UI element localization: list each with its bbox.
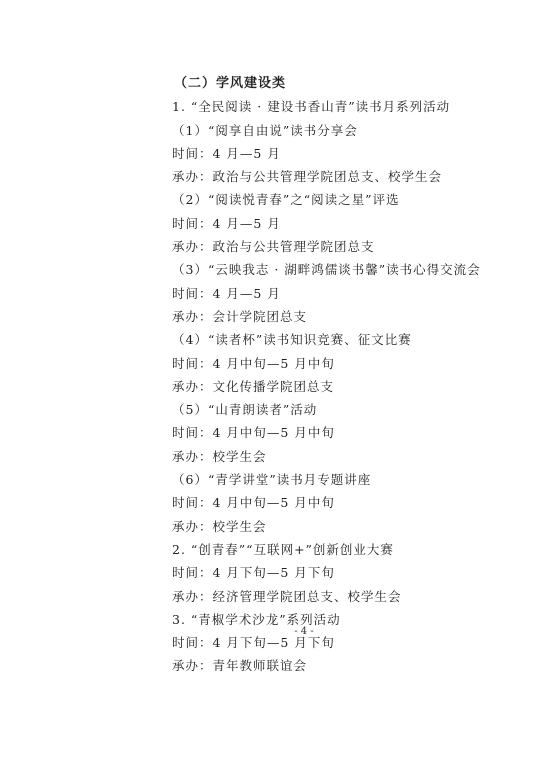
item-host: 承办：经济管理学院团总支、校学生会	[172, 585, 502, 608]
item-host: 承办：文化传播学院团总支	[172, 375, 502, 398]
document-content: （二）学风建设类 1. “全民阅读 · 建设书香山青”读书月系列活动 （1）“阅…	[172, 72, 502, 678]
item-title: （4）“读者杯”读书知识竞赛、征文比赛	[172, 328, 502, 351]
item-title: （3）“云映我志 · 湖畔鸿儒谈书馨”读书心得交流会	[172, 258, 502, 281]
item-host: 承办：会计学院团总支	[172, 305, 502, 328]
item-time: 时间：4 月中旬—5 月中旬	[172, 491, 502, 514]
item-time: 时间：4 月—5 月	[172, 282, 502, 305]
item-time: 时间：4 月中旬—5 月中旬	[172, 352, 502, 375]
item-host: 承办：政治与公共管理学院团总支、校学生会	[172, 165, 502, 188]
item-time: 时间：4 月—5 月	[172, 142, 502, 165]
document-page: （二）学风建设类 1. “全民阅读 · 建设书香山青”读书月系列活动 （1）“阅…	[0, 0, 546, 773]
item-host: 承办：校学生会	[172, 445, 502, 468]
item-host: 承办：政治与公共管理学院团总支	[172, 235, 502, 258]
section-heading: （二）学风建设类	[172, 72, 502, 95]
item-title: （2）“阅读悦青春”之“阅读之星”评选	[172, 188, 502, 211]
item-title: （5）“山青朗读者”活动	[172, 398, 502, 421]
item-host: 承办：校学生会	[172, 515, 502, 538]
item-title: 1. “全民阅读 · 建设书香山青”读书月系列活动	[172, 95, 502, 118]
item-title: 2. “创青春”“互联网+”创新创业大赛	[172, 538, 502, 561]
item-title: （6）“青学讲堂”读书月专题讲座	[172, 468, 502, 491]
item-time: 时间：4 月—5 月	[172, 212, 502, 235]
item-host: 承办：青年教师联谊会	[172, 654, 502, 677]
page-number: - 4 -	[0, 626, 546, 637]
item-title: （1）“阅享自由说”读书分享会	[172, 119, 502, 142]
item-time: 时间：4 月中旬—5 月中旬	[172, 421, 502, 444]
item-time: 时间：4 月下旬—5 月下旬	[172, 561, 502, 584]
